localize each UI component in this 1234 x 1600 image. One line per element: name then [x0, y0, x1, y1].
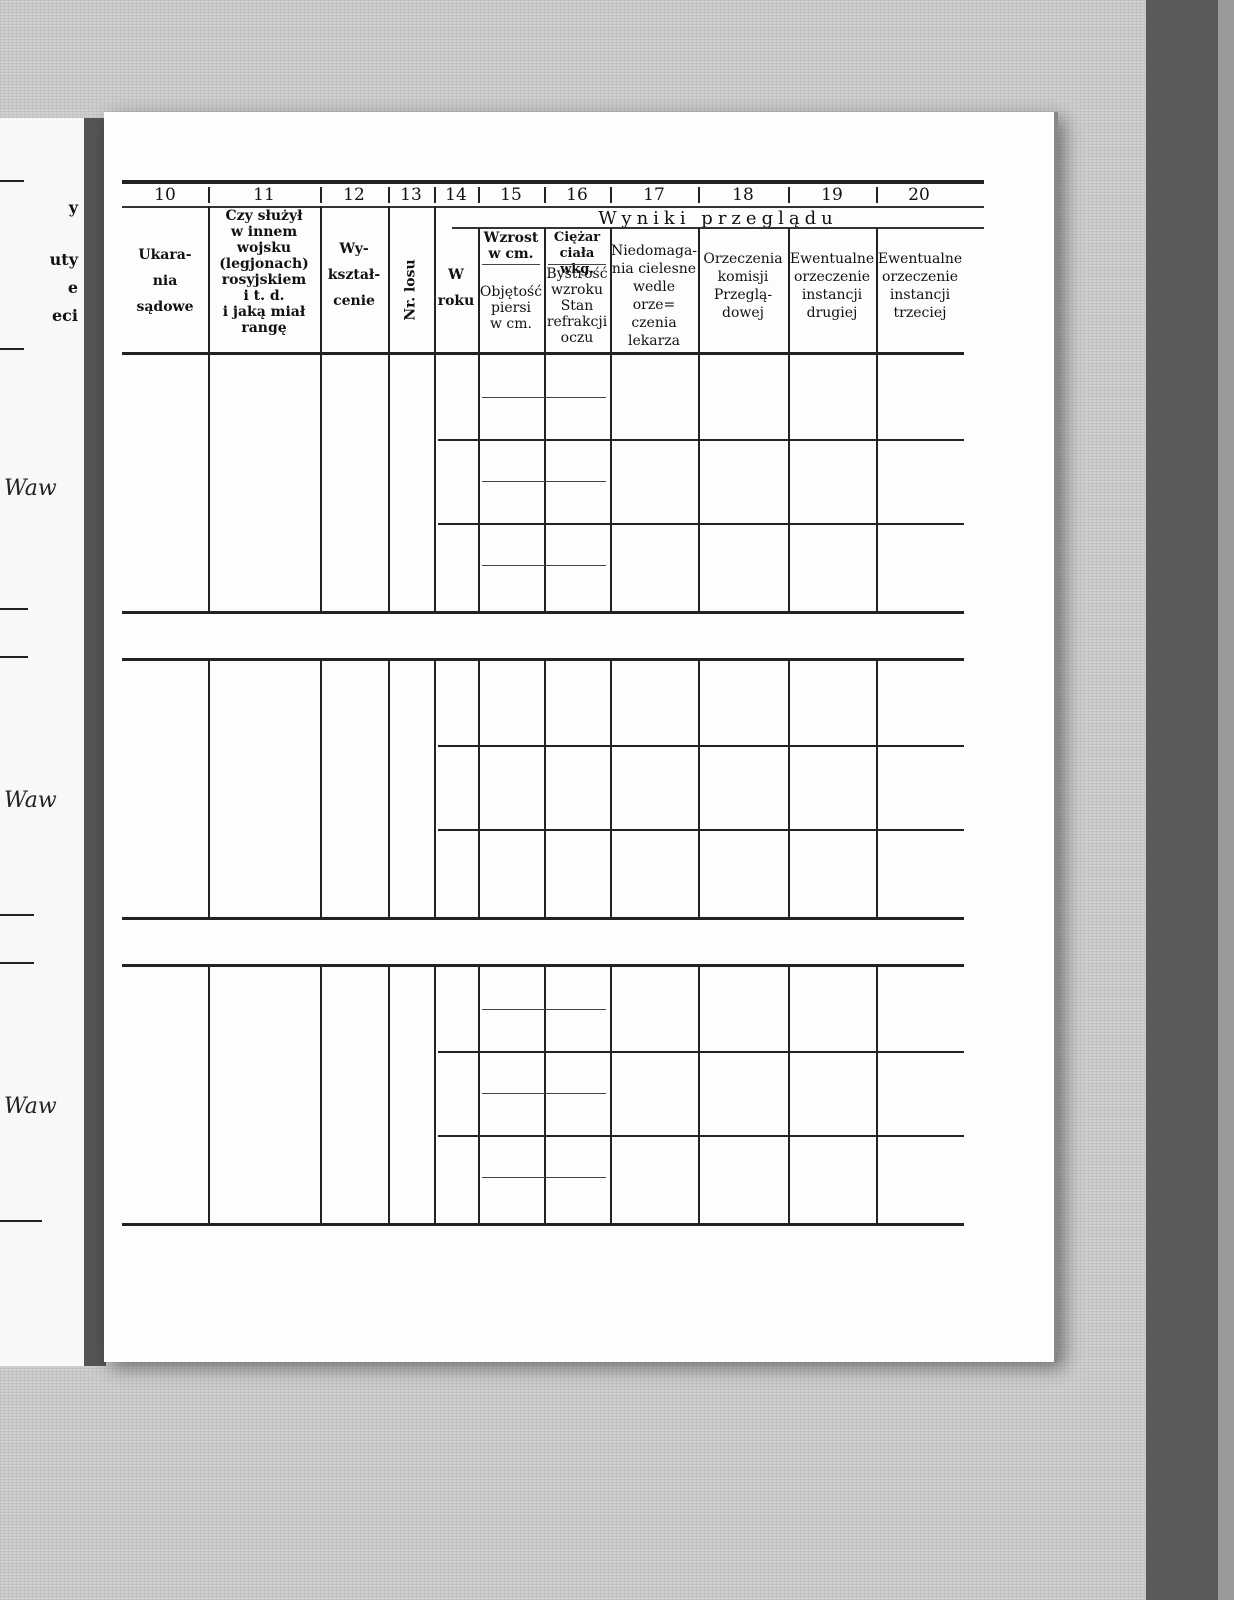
separator: [434, 187, 436, 203]
rule: [0, 608, 28, 610]
column-header-objetosc: Objętość piersi w cm.: [478, 284, 544, 332]
rule: [0, 180, 24, 182]
column-divider: [388, 206, 390, 352]
separator: [544, 187, 546, 203]
cell-divider: [482, 1009, 606, 1010]
separator: [320, 187, 322, 203]
cell-divider: [482, 565, 606, 566]
row-divider: [438, 439, 964, 441]
column-header-instancja-trzecia: Ewentualne orzeczenie instancji trzeciej: [876, 250, 964, 322]
column-header-instancja-druga: Ewentualne orzeczenie instancji drugiej: [788, 250, 876, 322]
cell-divider: [482, 264, 540, 265]
header-fragment: uty: [50, 250, 78, 269]
group-header: Wyniki przeglądu: [452, 208, 984, 229]
column-divider: [698, 661, 700, 917]
column-number: 14: [434, 185, 478, 205]
column-number: 16: [544, 185, 610, 205]
separator: [610, 187, 612, 203]
column-number: 12: [320, 185, 388, 205]
rule: [0, 914, 34, 916]
column-divider: [544, 355, 546, 611]
column-number-row: 10 11 12 13 14 15 16 17 18 19 20: [122, 185, 984, 205]
row-divider: [438, 829, 964, 831]
column-divider: [434, 661, 436, 917]
header-fragment: e: [68, 278, 78, 297]
column-divider: [544, 967, 546, 1223]
column-header-wzrost: Wzrost w cm.: [478, 230, 544, 262]
separator: [478, 187, 480, 203]
column-divider: [208, 355, 210, 611]
handwriting: Waw: [4, 476, 57, 501]
column-divider: [788, 661, 790, 917]
column-divider: [388, 355, 390, 611]
column-number: 11: [208, 185, 320, 205]
column-divider: [388, 661, 390, 917]
column-divider: [434, 355, 436, 611]
handwriting: Waw: [4, 1094, 57, 1119]
column-header-w-roku: W roku: [434, 262, 478, 314]
column-divider: [610, 967, 612, 1223]
cell-divider: [482, 481, 606, 482]
rule: [0, 962, 34, 964]
column-number: 13: [388, 185, 434, 205]
column-divider: [434, 967, 436, 1223]
column-number: 18: [698, 185, 788, 205]
left-page: y uty e eci Waw Waw Waw: [0, 118, 84, 1366]
rule: [0, 656, 28, 658]
column-divider: [610, 355, 612, 611]
header-fragment: y: [69, 198, 78, 217]
column-number: 17: [610, 185, 698, 205]
group-header-rule: [452, 227, 984, 229]
book-spine: [84, 118, 106, 1366]
column-divider: [208, 661, 210, 917]
cell-divider: [482, 1093, 606, 1094]
form-page: 10 11 12 13 14 15 16 17 18 19 20 Wyniki …: [104, 112, 1058, 1362]
handwriting: Waw: [4, 788, 57, 813]
separator: [388, 187, 390, 203]
row-divider: [438, 1051, 964, 1053]
column-divider: [876, 967, 878, 1223]
row-divider: [438, 1135, 964, 1137]
column-header-bystrosc: Bystrość wzroku Stan refrakcji oczu: [544, 266, 610, 346]
separator: [698, 187, 700, 203]
column-header-wyksztalcenie: Wy- kształ- cenie: [320, 236, 388, 314]
table-bottom-rule: [122, 1223, 964, 1226]
column-divider: [610, 661, 612, 917]
column-divider: [544, 661, 546, 917]
column-divider: [698, 355, 700, 611]
row-divider: [438, 745, 964, 747]
column-number: 19: [788, 185, 876, 205]
column-number: 20: [876, 185, 962, 205]
column-divider: [388, 967, 390, 1223]
cell-divider: [548, 264, 606, 265]
column-divider: [320, 661, 322, 917]
column-number: 15: [478, 185, 544, 205]
column-divider: [320, 355, 322, 611]
column-header-ukarania: Ukara- nia sądowe: [122, 242, 208, 320]
column-divider: [788, 967, 790, 1223]
column-number: 10: [122, 185, 208, 205]
column-divider: [876, 661, 878, 917]
rule: [0, 1220, 42, 1222]
row-divider: [438, 523, 964, 525]
column-header-nr-losu: Nr. losu: [403, 259, 419, 320]
column-divider: [478, 355, 480, 611]
table-top-rule: [122, 180, 984, 184]
rule: [0, 348, 24, 350]
column-header-sluzyl: Czy służył w innem wojsku (legjonach) ro…: [208, 208, 320, 336]
column-divider: [478, 967, 480, 1223]
column-header-niedomagania: Niedomaga- nia cielesne wedle orze= czen…: [610, 242, 698, 350]
column-header-orzeczenia: Orzeczenia komisji Przeglą- dowej: [698, 250, 788, 322]
record-block-3: [122, 967, 964, 1223]
separator: [788, 187, 790, 203]
record-block-1: [122, 355, 964, 611]
block-rule: [122, 611, 964, 614]
column-divider: [788, 355, 790, 611]
cell-divider: [482, 1177, 606, 1178]
column-divider: [478, 661, 480, 917]
column-divider: [208, 967, 210, 1223]
column-divider: [320, 967, 322, 1223]
scanner-edge-shadow: [1146, 0, 1218, 1600]
scanner-edge: [1218, 0, 1234, 1600]
header-fragment: eci: [52, 306, 78, 325]
separator: [208, 187, 210, 203]
separator: [876, 187, 878, 203]
column-divider: [876, 355, 878, 611]
block-rule: [122, 917, 964, 920]
cell-divider: [482, 397, 606, 398]
column-divider: [698, 967, 700, 1223]
record-block-2: [122, 661, 964, 917]
